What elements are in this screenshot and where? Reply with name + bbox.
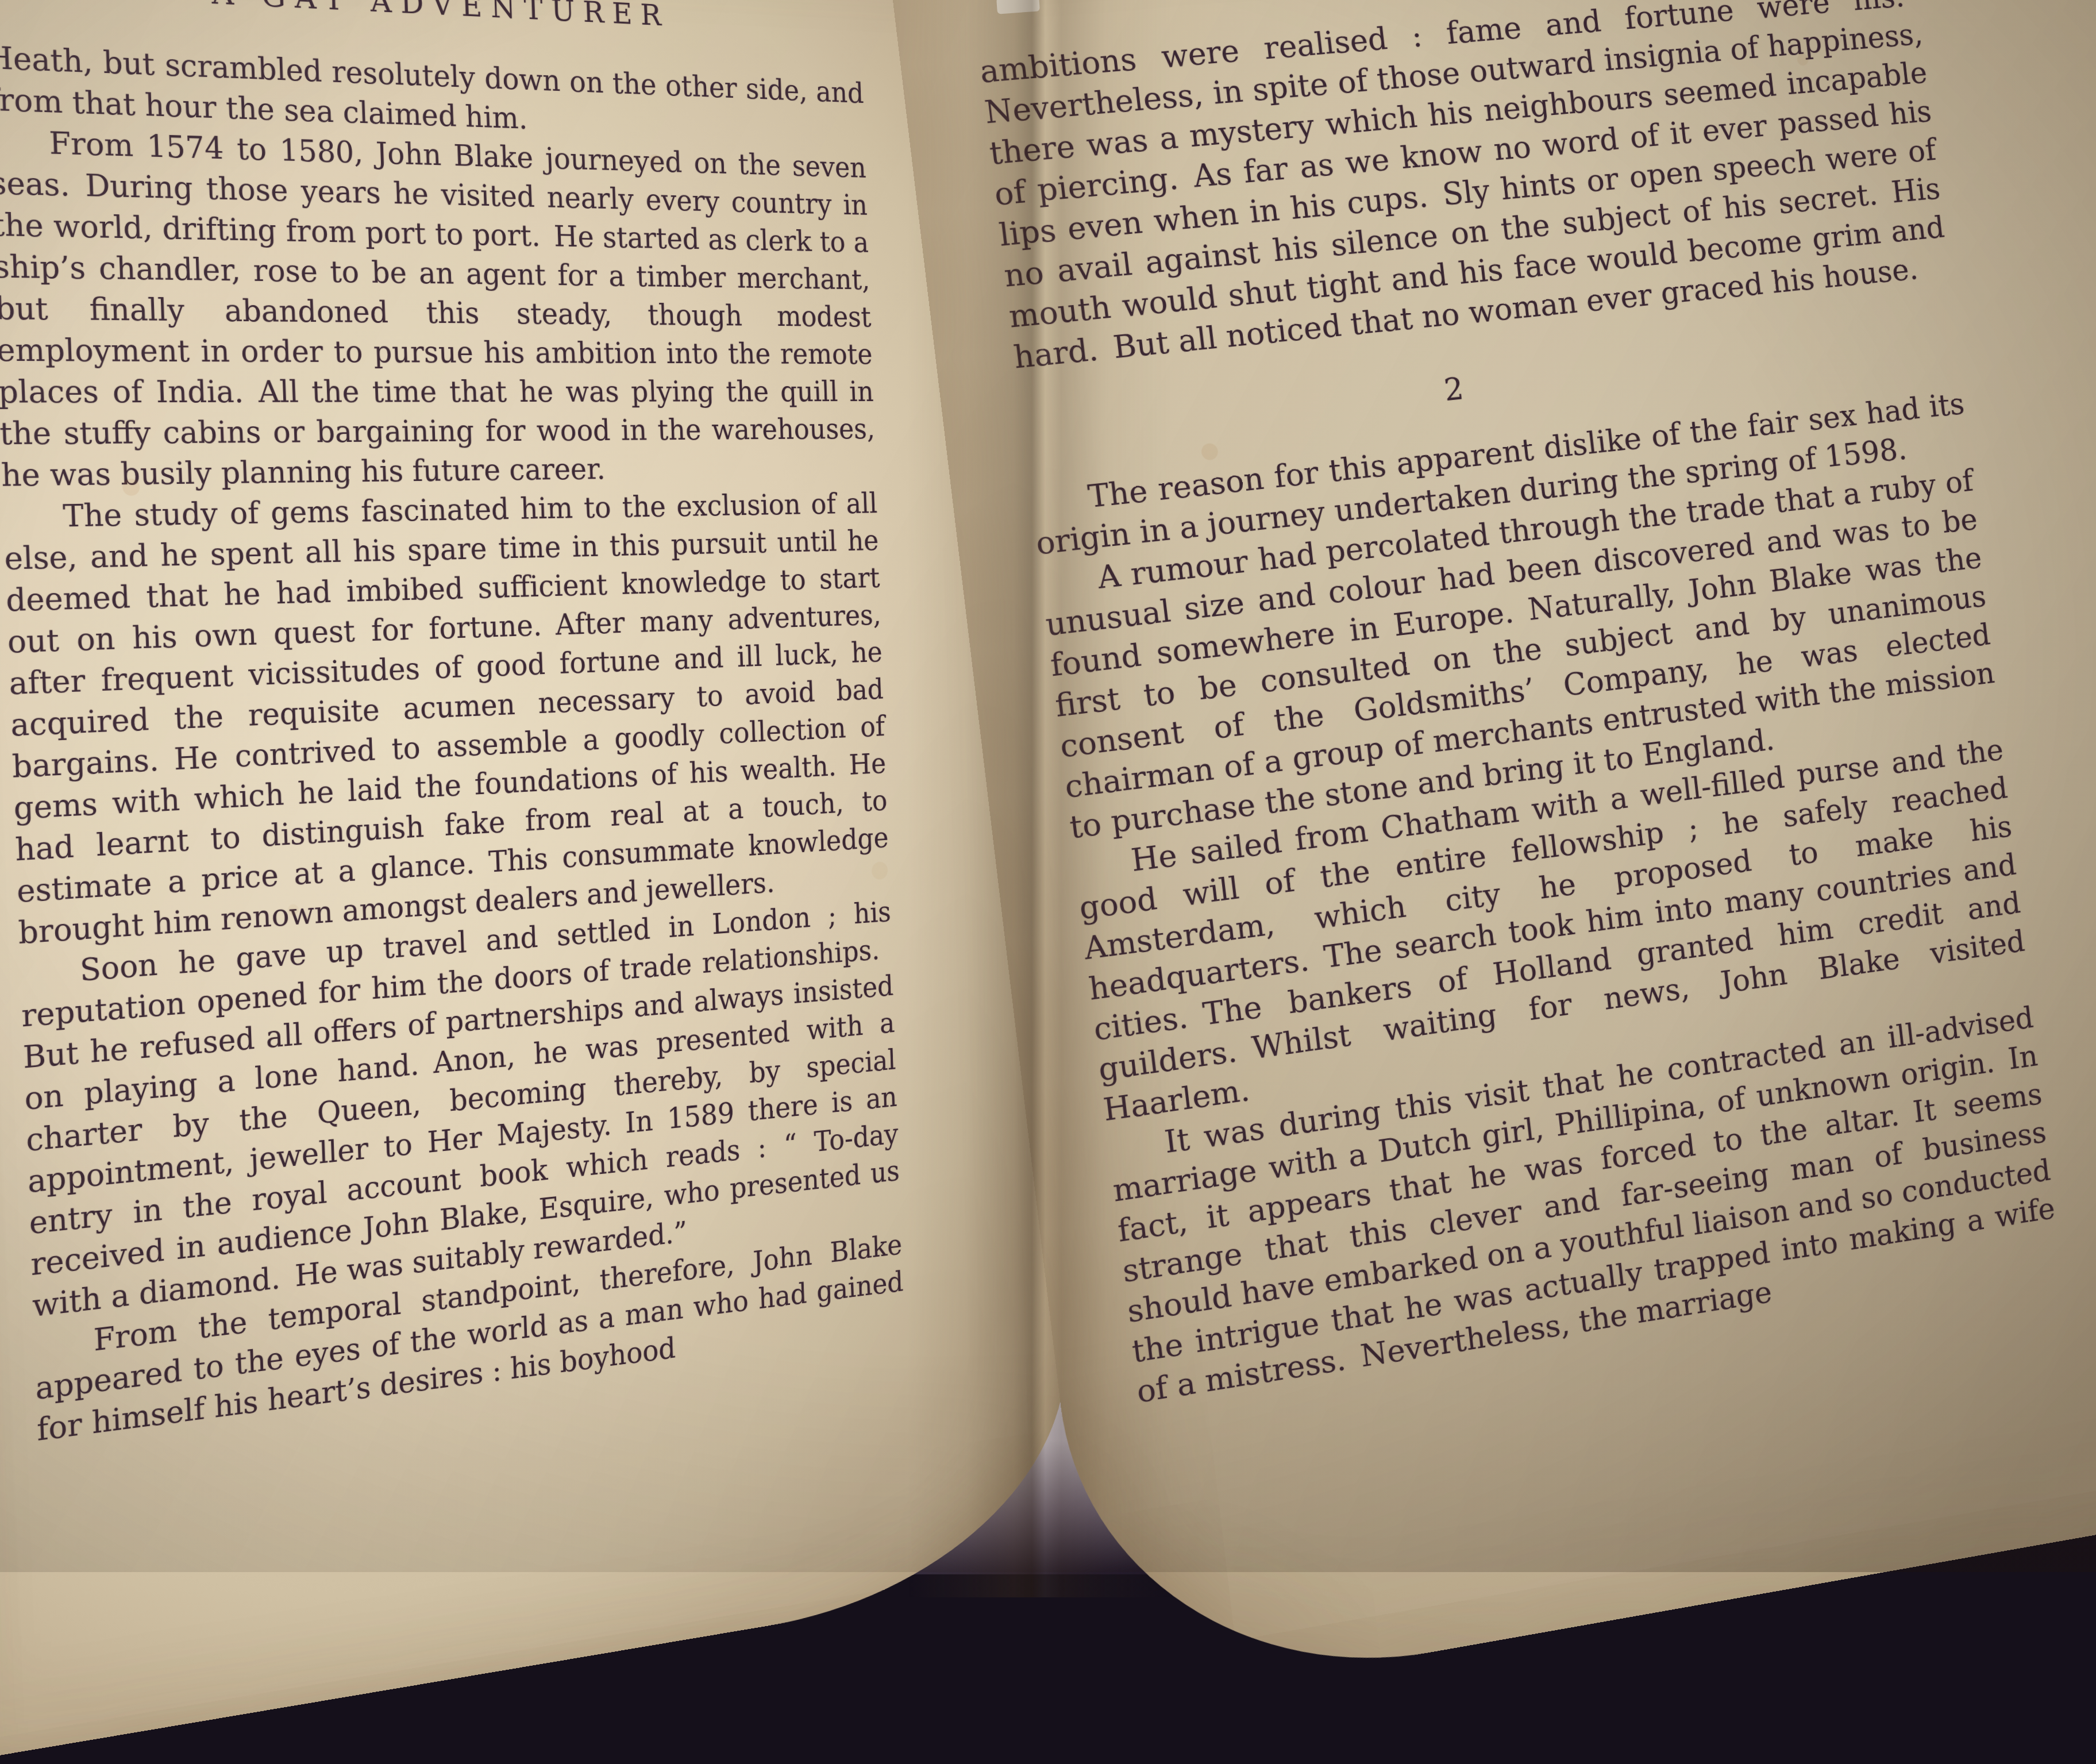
- left-page-sheet: 18 A GAY ADVENTURER Heath, but scrambled…: [0, 0, 1073, 1572]
- left-page-text: Heath, but scrambled resolutely down on …: [0, 37, 905, 1451]
- right-page: BLAKE OF BLAKE ambitions were realised :…: [883, 0, 2096, 1572]
- paragraph: The study of gems fascinated him to the …: [2, 485, 891, 954]
- paragraph: From 1574 to 1580, John Blake journeyed …: [0, 121, 877, 496]
- right-page-sheet: BLAKE OF BLAKE ambitions were realised :…: [883, 0, 2096, 1572]
- running-title-left: A GAY ADVENTURER: [0, 0, 862, 42]
- right-page-text: ambitions were realised : fame and fortu…: [977, 0, 2061, 1412]
- open-book-photo: 18 A GAY ADVENTURER Heath, but scrambled…: [0, 0, 2096, 1572]
- left-page: 18 A GAY ADVENTURER Heath, but scrambled…: [0, 0, 1073, 1572]
